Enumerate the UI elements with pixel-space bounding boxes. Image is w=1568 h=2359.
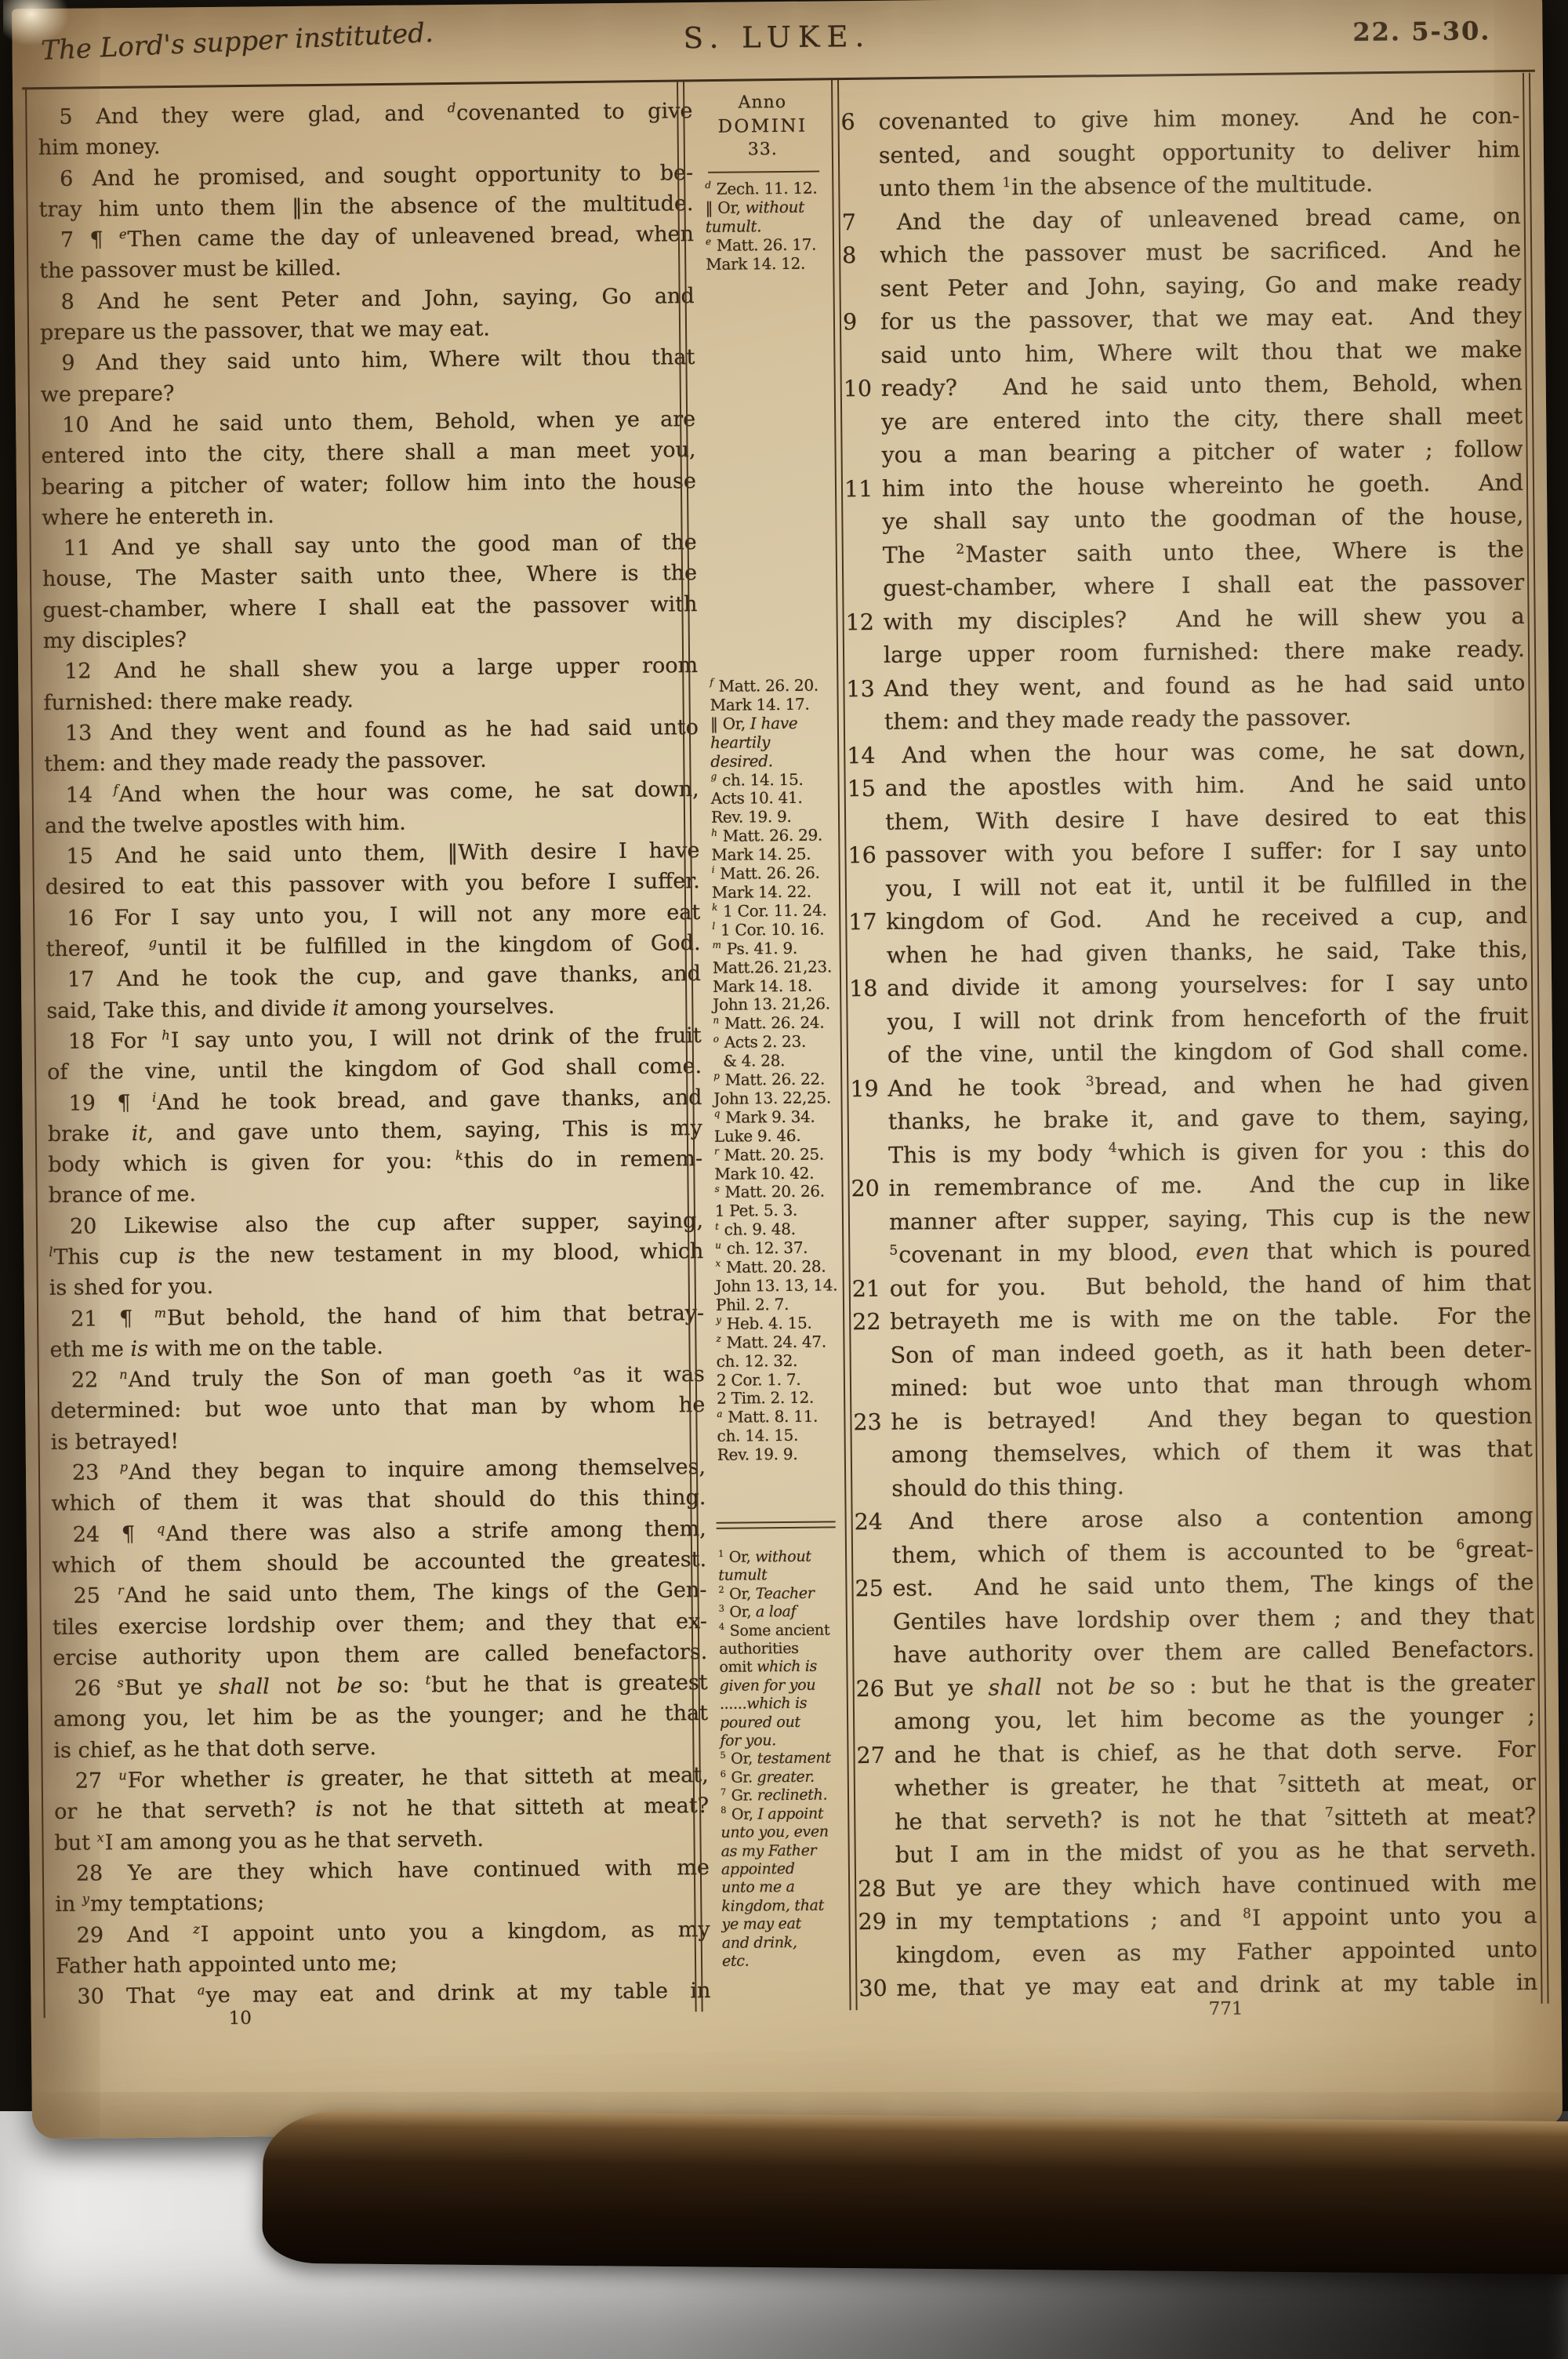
line-text: tumult xyxy=(718,1566,840,1586)
line-text: y Heb. 4. 15. xyxy=(716,1314,838,1333)
verse-number: 13 xyxy=(846,672,875,706)
verse-number: 22 xyxy=(852,1306,881,1339)
line-text: ......which is xyxy=(720,1695,842,1714)
chapter-verse-range: 22. 5-30. xyxy=(1352,16,1490,47)
margin-note-line: tumult xyxy=(718,1566,840,1586)
line-text: tumult. xyxy=(706,216,828,236)
margin-reference-line: Mark 14. 18. xyxy=(713,976,835,996)
margin-reference-line: i Matt. 26. 26. xyxy=(712,863,834,883)
line-text: Phil. 2. 7. xyxy=(716,1295,838,1314)
anno-line: DOMINI xyxy=(698,114,826,139)
line-text: e Matt. 26. 17. xyxy=(706,235,828,255)
verse-number: 16 xyxy=(848,839,877,873)
line-text: d Zech. 11. 12. xyxy=(705,179,827,198)
line-text: as my Father xyxy=(721,1841,844,1861)
line-text: q Mark 9. 34. xyxy=(714,1107,837,1127)
margin-note-line: 3 Or, a loaf xyxy=(719,1603,841,1623)
verse-number: 15 xyxy=(847,772,876,806)
margin-note-line: and drink, xyxy=(722,1933,844,1953)
line-text: r Matt. 20. 25. xyxy=(714,1145,837,1165)
margin-note-line: poured out xyxy=(720,1713,842,1732)
margin-note-line: omit which is xyxy=(719,1658,841,1677)
margin-reference-line: John 13. 21,26. xyxy=(713,995,835,1015)
margin-reference-line: John 13. 22,25. xyxy=(713,1089,836,1108)
line-text: g ch. 14. 15. xyxy=(710,770,833,790)
line-text: And there arose also a contention among xyxy=(909,1499,1533,1539)
margin-reference-line: John 13. 13, 14. xyxy=(716,1276,838,1296)
line-text: etc. xyxy=(722,1951,844,1971)
line-text: l 1 Cor. 10. 16. xyxy=(712,920,834,940)
margin-note-line: authorities xyxy=(719,1639,841,1659)
line-text: n Matt. 26. 24. xyxy=(713,1014,835,1034)
kjv-column: 5 And they were glad, and dcovenanted to… xyxy=(38,96,710,2012)
line-text: for you. xyxy=(720,1731,842,1750)
line-text: Matt.26. 21,23. xyxy=(713,958,835,977)
book-cover-edge xyxy=(262,2110,1568,2275)
margin-reference-line: g ch. 14. 15. xyxy=(710,770,833,790)
margin-reference-line: Phil. 2. 7. xyxy=(716,1295,838,1314)
verse-number: 19 xyxy=(850,1072,879,1106)
verse-number: 24 xyxy=(854,1506,883,1539)
rv-verse-line: 30me, that ye may eat and drink at my ta… xyxy=(858,1966,1537,2006)
page-number-right: 771 xyxy=(1209,1998,1243,2019)
margin-reference-line: Matt.26. 21,23. xyxy=(713,958,835,977)
margin-notes-rv: 1 Or, withouttumult2 Or, Teacher3 Or, a … xyxy=(718,1547,844,1971)
line-text: a Matt. 8. 11. xyxy=(717,1408,839,1427)
margin-reference-line: ‖ Or, I have xyxy=(710,714,833,733)
line-text: 2 Or, Teacher xyxy=(718,1584,840,1604)
margin-note-line: unto you, even xyxy=(720,1823,843,1842)
line-text: Acts 10. 41. xyxy=(711,789,833,809)
margin-reference-line: y Heb. 4. 15. xyxy=(716,1314,838,1333)
line-text: Mark 14. 18. xyxy=(713,976,835,996)
line-text: x Matt. 20. 28. xyxy=(715,1257,837,1277)
line-text: poured out xyxy=(720,1713,842,1732)
line-text: 7 Gr. reclineth. xyxy=(720,1787,843,1806)
line-text: heartily xyxy=(710,732,833,752)
line-text: u ch. 12. 37. xyxy=(715,1239,837,1259)
line-text: And when the hour was come, he sat down, xyxy=(902,732,1526,772)
margin-reference-line: Mark 14. 22. xyxy=(712,882,834,902)
margin-reference-line: h Matt. 26. 29. xyxy=(711,827,833,846)
margin-reference-line: k 1 Cor. 11. 24. xyxy=(712,901,834,921)
margin-reference-line: Acts 10. 41. xyxy=(711,789,833,809)
line-text: Mark 14. 25. xyxy=(711,845,833,865)
line-text: 8 Or, I appoint xyxy=(720,1805,843,1824)
line-text: Mark 14. 22. xyxy=(712,882,834,902)
verse-number: 29 xyxy=(858,1906,887,1939)
margin-reference-line: tumult. xyxy=(706,216,828,236)
header-rule xyxy=(22,70,1535,90)
margin-note-line: etc. xyxy=(722,1951,844,1971)
line-text: appointed xyxy=(721,1859,844,1879)
margin-reference-line: Mark 14. 17. xyxy=(710,695,833,714)
margin-note-line: unto me a xyxy=(721,1878,844,1898)
margin-reference-line: ch. 14. 15. xyxy=(717,1427,839,1446)
line-text: ch. 14. 15. xyxy=(717,1427,839,1446)
margin-reference-line: Rev. 19. 9. xyxy=(711,808,833,827)
book-photo: The Lord's supper instituted. S. LUKE. 2… xyxy=(0,0,1568,2359)
verse-number: 17 xyxy=(848,906,877,940)
line-text: s Matt. 20. 26. xyxy=(715,1183,837,1202)
line-text: z Matt. 24. 47. xyxy=(716,1332,838,1352)
verse-number: 8 xyxy=(842,239,857,273)
line-text: Rev. 19. 9. xyxy=(711,808,833,827)
page-title: S. LUKE. xyxy=(12,13,1542,62)
kjv-verse-line: 30 That aye may eat and drink at my tabl… xyxy=(56,1976,710,2012)
margin-note-line: 5 Or, testament xyxy=(720,1750,842,1769)
verse-number: 18 xyxy=(849,972,878,1006)
margin-reference-line: t ch. 9. 48. xyxy=(715,1220,837,1240)
verse-number: 26 xyxy=(856,1672,885,1706)
line-text: ‖ Or, I have xyxy=(710,714,833,733)
verse-number: 6 xyxy=(840,106,855,140)
margin-reference-line: 2 Tim. 2. 12. xyxy=(717,1389,839,1408)
verse-number: 21 xyxy=(852,1272,881,1306)
margin-reference-line: p Matt. 26. 22. xyxy=(713,1070,836,1089)
line-text: & 4. 28. xyxy=(713,1052,836,1071)
margin-note-line: 8 Or, I appoint xyxy=(720,1805,843,1824)
margin-reference-line: u ch. 12. 37. xyxy=(715,1239,837,1259)
line-text: 6 Gr. greater. xyxy=(720,1768,843,1787)
margin-note-line: as my Father xyxy=(721,1841,844,1861)
verse-number: 12 xyxy=(845,605,874,639)
margin-column: Anno DOMINI 33. d Zech. 11. 12.‖ Or, wit… xyxy=(697,1,826,2)
line-text: desired. xyxy=(710,751,833,771)
verse-number: 25 xyxy=(855,1572,884,1606)
margin-reference-line: Luke 9. 46. xyxy=(714,1126,837,1146)
verse-number: 30 xyxy=(858,1972,887,2006)
margin-reference-line: ‖ Or, without xyxy=(705,198,827,217)
line-text: Mark 14. 12. xyxy=(706,254,828,274)
anno-domini: Anno DOMINI 33. xyxy=(698,90,827,162)
line-text: And the day of unleavened bread came, on xyxy=(897,199,1521,238)
verse-number: 23 xyxy=(853,1405,882,1439)
verse-number: 7 xyxy=(842,206,857,240)
page-number-left: 10 xyxy=(229,2008,252,2029)
margin-reference-line: desired. xyxy=(710,751,833,771)
margin-reference-line: Mark 14. 25. xyxy=(711,845,833,865)
line-text: p Matt. 26. 22. xyxy=(713,1070,836,1089)
margin-references-top: d Zech. 11. 12.‖ Or, withouttumult.e Mat… xyxy=(705,179,828,274)
margin-reference-line: q Mark 9. 34. xyxy=(714,1107,837,1127)
verse-number: 11 xyxy=(844,472,873,506)
margin-reference-line: 1 Pet. 5. 3. xyxy=(715,1201,837,1221)
margin-reference-line: n Matt. 26. 24. xyxy=(713,1014,835,1034)
verse-number: 14 xyxy=(847,739,876,772)
margin-reference-line: o Acts 2. 23. xyxy=(713,1033,836,1052)
anno-line: Anno xyxy=(698,90,826,115)
line-text: kingdom, that xyxy=(721,1896,844,1916)
line-text: 5 Or, testament xyxy=(720,1750,842,1769)
line-text: m Ps. 41. 9. xyxy=(713,939,835,958)
margin-references-main: f Matt. 26. 20.Mark 14. 17.‖ Or, I haveh… xyxy=(710,676,840,1465)
line-text: i Matt. 26. 26. xyxy=(712,863,834,883)
line-text: 4 Some ancient xyxy=(719,1621,841,1641)
margin-reference-line: r Matt. 20. 25. xyxy=(714,1145,837,1165)
margin-reference-line: 2 Cor. 1. 7. xyxy=(717,1370,839,1390)
line-text: and drink, xyxy=(722,1933,844,1953)
line-text: ye may eat xyxy=(721,1914,844,1934)
margin-note-line: 2 Or, Teacher xyxy=(718,1584,840,1604)
line-text: John 13. 22,25. xyxy=(713,1089,836,1108)
line-text: 2 Tim. 2. 12. xyxy=(717,1389,839,1408)
verse-number: 27 xyxy=(856,1739,885,1772)
line-text: Mark 14. 17. xyxy=(710,695,833,714)
line-text: 1 Or, without xyxy=(718,1547,840,1567)
anno-line: 33. xyxy=(699,137,827,162)
line-text: 1 Pet. 5. 3. xyxy=(715,1201,837,1221)
margin-reference-line: m Ps. 41. 9. xyxy=(713,939,835,958)
line-text: given for you xyxy=(720,1676,842,1696)
margin-reference-line: e Matt. 26. 17. xyxy=(706,235,828,255)
margin-note-line: for you. xyxy=(720,1731,842,1750)
line-text: 3 Or, a loaf xyxy=(719,1603,841,1623)
margin-note-line: 4 Some ancient xyxy=(719,1621,841,1641)
margin-reference-line: Mark 14. 12. xyxy=(706,254,828,274)
rv-column: 6covenanted to give him money. And he co… xyxy=(840,100,1537,2006)
margin-reference-line: x Matt. 20. 28. xyxy=(715,1257,837,1277)
line-text: unto me a xyxy=(721,1878,844,1898)
margin-note-line: 7 Gr. reclineth. xyxy=(720,1787,843,1806)
margin-note-line: ye may eat xyxy=(721,1914,844,1934)
margin-note-line: ......which is xyxy=(720,1695,842,1714)
line-text: 30 That aye may eat and drink at my tabl… xyxy=(56,1976,710,2012)
line-text: John 13. 21,26. xyxy=(713,995,835,1015)
margin-note-line: given for you xyxy=(720,1676,842,1696)
line-text: 2 Cor. 1. 7. xyxy=(717,1370,839,1390)
line-text: unto you, even xyxy=(720,1823,843,1842)
margin-note-line: 1 Or, without xyxy=(718,1547,840,1567)
margin-reference-line: f Matt. 26. 20. xyxy=(710,676,832,696)
margin-divider-rule xyxy=(717,1521,836,1528)
line-text: Luke 9. 46. xyxy=(714,1126,837,1146)
margin-reference-line: a Matt. 8. 11. xyxy=(717,1408,839,1427)
line-text: ‖ Or, without xyxy=(705,198,827,217)
book-page: The Lord's supper instituted. S. LUKE. 2… xyxy=(12,0,1563,2139)
verse-number: 28 xyxy=(858,1872,887,1906)
line-text: f Matt. 26. 20. xyxy=(710,676,832,696)
margin-note-line: appointed xyxy=(721,1859,844,1879)
margin-reference-line: heartily xyxy=(710,732,833,752)
verse-number: 20 xyxy=(851,1172,880,1206)
line-text: h Matt. 26. 29. xyxy=(711,827,833,846)
line-text: omit which is xyxy=(719,1658,841,1677)
margin-reference-line: Rev. 19. 9. xyxy=(717,1445,840,1465)
margin-note-line: kingdom, that xyxy=(721,1896,844,1916)
margin-reference-line: l 1 Cor. 10. 16. xyxy=(712,920,834,940)
margin-reference-line: d Zech. 11. 12. xyxy=(705,179,827,198)
line-text: Rev. 19. 9. xyxy=(717,1445,840,1465)
margin-reference-line: Mark 10. 42. xyxy=(714,1164,837,1183)
line-text: t ch. 9. 48. xyxy=(715,1220,837,1240)
line-text: o Acts 2. 23. xyxy=(713,1033,836,1052)
verse-number: 9 xyxy=(843,306,858,340)
line-text: John 13. 13, 14. xyxy=(716,1276,838,1296)
anno-divider-rule xyxy=(708,171,819,173)
line-text: authorities xyxy=(719,1639,841,1659)
margin-reference-line: & 4. 28. xyxy=(713,1052,836,1071)
verse-number: 10 xyxy=(844,373,873,406)
line-text: Mark 10. 42. xyxy=(714,1164,837,1183)
page-corner-highlight xyxy=(3,0,71,47)
margin-reference-line: ch. 12. 32. xyxy=(717,1351,839,1371)
line-text: k 1 Cor. 11. 24. xyxy=(712,901,834,921)
margin-reference-line: s Matt. 20. 26. xyxy=(715,1183,837,1202)
margin-reference-line: z Matt. 24. 47. xyxy=(716,1332,838,1352)
line-text: ch. 12. 32. xyxy=(717,1351,839,1371)
margin-note-line: 6 Gr. greater. xyxy=(720,1768,843,1787)
